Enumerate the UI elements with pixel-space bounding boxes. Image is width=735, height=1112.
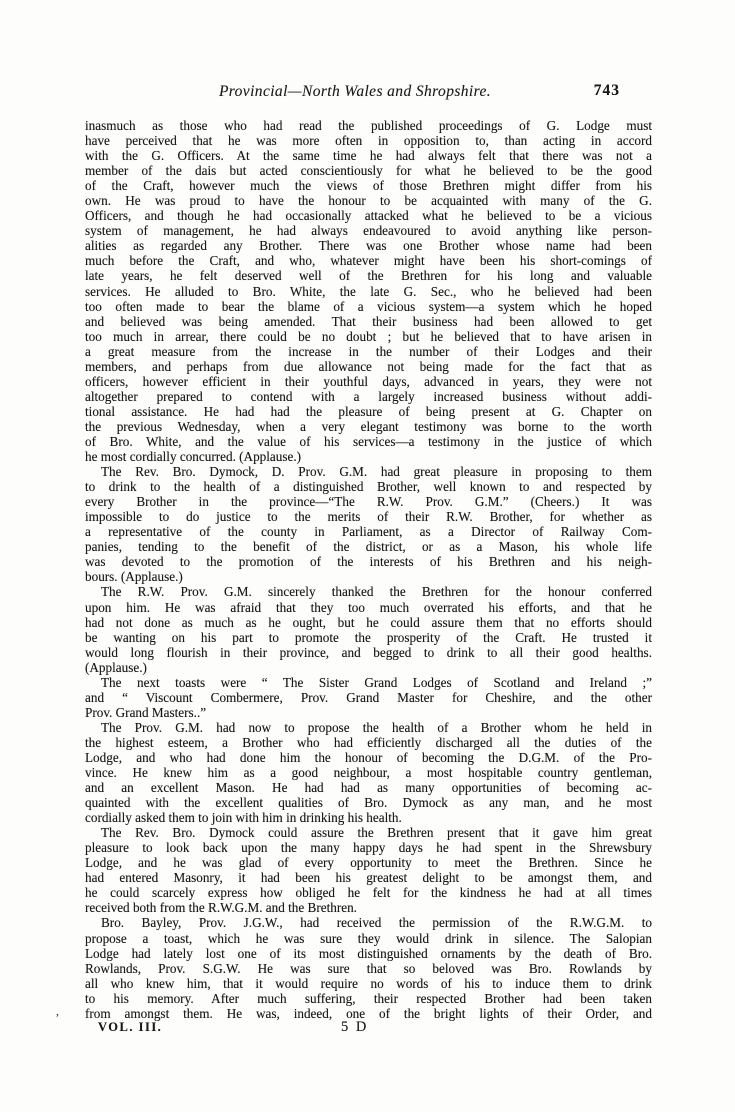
text-line: Prov. Grand Masters..” (85, 705, 652, 720)
text-line: quainted with the excellent qualities of… (85, 795, 652, 810)
text-line: would long flourish in their province, a… (85, 645, 652, 660)
text-line: late years, he felt deserved well of the… (85, 268, 652, 283)
text-line: be wanting on his part to promote the pr… (85, 630, 652, 645)
text-line: had entered Masonry, it had been his gre… (85, 870, 652, 885)
text-line: member of the dais but acted conscientio… (85, 163, 652, 178)
signature-mark: 5 D (341, 1019, 368, 1036)
text-line: to his memory. After much suffering, the… (85, 991, 652, 1006)
text-line: cordially asked them to join with him in… (85, 810, 652, 825)
text-line: altogether prepared to contend with a la… (85, 389, 652, 404)
text-line: all who knew him, that it would require … (85, 976, 652, 991)
text-line: services. He alluded to Bro. White, the … (85, 284, 652, 299)
text-line: was devoted to the promotion of the inte… (85, 554, 652, 569)
text-line: Lodge, and who had done him the honour o… (85, 750, 652, 765)
text-line: too much in arrear, there could be no do… (85, 329, 652, 344)
text-line: received both from the R.W.G.M. and the … (85, 900, 652, 915)
running-header-title: Provincial—North Wales and Shropshire. (85, 83, 625, 101)
text-line: officers, however efficient in their you… (85, 374, 652, 389)
text-line: The Rev. Bro. Dymock could assure the Br… (85, 825, 652, 840)
volume-label: VOL. III. (98, 1020, 162, 1035)
text-line: the previous Wednesday, when a very eleg… (85, 419, 652, 434)
page-body-text: inasmuch as those who had read the publi… (85, 118, 652, 1021)
text-line: every Brother in the province—“The R.W. … (85, 494, 652, 509)
text-line: alities as regarded any Brother. There w… (85, 238, 652, 253)
text-line: he most cordially concurred. (Applause.) (85, 449, 652, 464)
text-line: have perceived that he was more often in… (85, 133, 652, 148)
text-line: Officers, and though he had occasionally… (85, 208, 652, 223)
text-line: tional assistance. He had had the pleasu… (85, 404, 652, 419)
text-line: a great measure from the increase in the… (85, 344, 652, 359)
text-line: inasmuch as those who had read the publi… (85, 118, 652, 133)
text-line: impossible to do justice to the merits o… (85, 509, 652, 524)
text-line: propose a toast, which he was sure they … (85, 931, 652, 946)
text-line: the highest esteem, a Brother who had ef… (85, 735, 652, 750)
text-line: The Rev. Bro. Dymock, D. Prov. G.M. had … (85, 464, 652, 479)
text-line: Lodge, and he was glad of every opportun… (85, 855, 652, 870)
text-line: Rowlands, Prov. S.G.W. He was sure that … (85, 961, 652, 976)
text-line: to drink to the health of a distinguishe… (85, 479, 652, 494)
page-footer: VOL. III. 5 D (85, 1019, 652, 1037)
text-line: Lodge had lately lost one of its most di… (85, 946, 652, 961)
text-line: Bro. Bayley, Prov. J.G.W., had received … (85, 915, 652, 930)
marginal-ink-mark: , (56, 1004, 59, 1019)
text-line: upon him. He was afraid that they too mu… (85, 600, 652, 615)
text-line: had not done as much as he ought, but he… (85, 615, 652, 630)
text-line: vince. He knew him as a good neighbour, … (85, 765, 652, 780)
text-line: panies, tending to the benefit of the di… (85, 539, 652, 554)
text-line: a representative of the county in Parlia… (85, 524, 652, 539)
text-line: much before the Craft, and who, whatever… (85, 253, 652, 268)
text-line: The Prov. G.M. had now to propose the he… (85, 720, 652, 735)
text-line: bours. (Applause.) (85, 569, 652, 584)
text-line: too often made to bear the blame of a vi… (85, 299, 652, 314)
running-header: Provincial—North Wales and Shropshire. 7… (85, 83, 652, 105)
text-line: (Applause.) (85, 660, 652, 675)
text-line: with the G. Officers. At the same time h… (85, 148, 652, 163)
text-line: and an excellent Mason. He had had as ma… (85, 780, 652, 795)
text-line: and “ Viscount Combermere, Prov. Grand M… (85, 690, 652, 705)
text-line: The R.W. Prov. G.M. sincerely thanked th… (85, 584, 652, 599)
scanned-page: Provincial—North Wales and Shropshire. 7… (0, 0, 735, 1112)
text-line: The next toasts were “ The Sister Grand … (85, 675, 652, 690)
text-line: members, and perhaps from due allowance … (85, 359, 652, 374)
text-line: and believed was being amended. That the… (85, 314, 652, 329)
text-line: of the Craft, however much the views of … (85, 178, 652, 193)
text-line: he could scarcely express how obliged he… (85, 885, 652, 900)
text-line: system of management, he had always ende… (85, 223, 652, 238)
text-line: own. He was proud to have the honour to … (85, 193, 652, 208)
page-number: 743 (594, 82, 620, 100)
text-line: pleasure to look back upon the many happ… (85, 840, 652, 855)
text-line: of Bro. White, and the value of his serv… (85, 434, 652, 449)
